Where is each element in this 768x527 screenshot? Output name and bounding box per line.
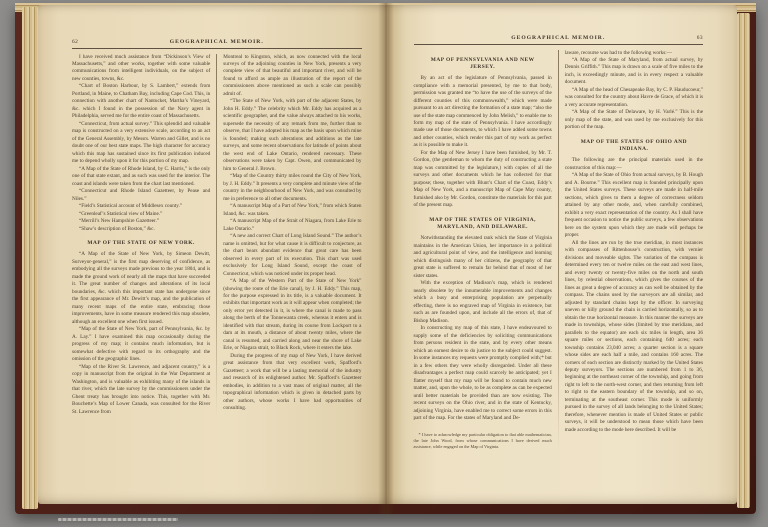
paragraph: “Field’s Statistical account of Middlese… [72, 203, 210, 210]
paragraph: During the progress of my map of New Yor… [223, 353, 361, 413]
paragraph: “Merrill’s New Hampshire Gazetteer.” [72, 218, 210, 225]
running-head-right: GEOGRAPHICAL MEMOIR. [428, 35, 690, 41]
paragraph: “A Map of the State of Ohio from actual … [565, 172, 703, 239]
paragraph: “Map of the State of New York, part of P… [72, 326, 210, 363]
running-head-left: GEOGRAPHICAL MEMOIR. [86, 39, 348, 45]
section-heading: MAP OF THE STATES OF VIRGINIA, MARYLAND,… [418, 217, 548, 232]
column-rule-right [558, 50, 559, 450]
paragraph: “A Map of the State of Rhode Island, by … [72, 166, 210, 188]
text-column-right-1: MAP OF PENNSYLVANIA AND NEW JERSEY.By an… [414, 50, 552, 450]
page-edges-left [22, 7, 38, 509]
paragraph: In constructing my map of this state, I … [414, 325, 552, 422]
page-number-right: 63 [689, 35, 703, 41]
page-number-left: 62 [72, 39, 86, 45]
paragraph: “Shaw’s description of Boston,” &c. [72, 226, 210, 233]
open-pages: 62 GEOGRAPHICAL MEMOIR. I have received … [38, 5, 737, 504]
paragraph: With the exception of Madison’s map, whi… [414, 280, 552, 325]
paragraph: Montreal to Kingston, which, as now conn… [223, 54, 361, 99]
scan-caption [58, 518, 178, 521]
text-column-right-2: laware, recourse was had to the followin… [565, 50, 703, 450]
footnote: * I have to acknowledge my particular ob… [414, 432, 552, 450]
page-right: GEOGRAPHICAL MEMOIR. 63 MAP OF PENNSYLVA… [388, 5, 738, 504]
paragraph: All the lines are run by the true meridi… [565, 240, 703, 435]
head-rule-left [72, 48, 362, 49]
paragraph: “A Map of the State of New York, by Sime… [72, 251, 210, 326]
book-cover: 62 GEOGRAPHICAL MEMOIR. I have received … [15, 3, 756, 514]
paragraph: “A manuscript Map of a Part of New York,… [223, 203, 361, 218]
paragraph: “A Map of the head of Chesapeake Bay, by… [565, 87, 703, 109]
running-head-row-right: GEOGRAPHICAL MEMOIR. 63 [414, 35, 704, 41]
page-left: 62 GEOGRAPHICAL MEMOIR. I have received … [38, 5, 388, 504]
running-head-row-left: 62 GEOGRAPHICAL MEMOIR. [72, 39, 362, 45]
paragraph: “Map of the Country thirty miles round t… [223, 173, 361, 203]
paragraph: “Connecticut and Rhode Island Gazetteer,… [72, 188, 210, 203]
paragraph: “A Map of the Western Part of the State … [223, 278, 361, 353]
paragraph: The following are the principal material… [565, 157, 703, 172]
paragraph: For the Map of New Jersey I have been fu… [414, 150, 552, 210]
paragraph: “A Map of the State of Maryland, from ac… [565, 57, 703, 87]
text-column-left-1: I have received much assistance from “Di… [72, 54, 210, 417]
paragraph: Notwithstanding the elevated rank which … [414, 235, 552, 280]
paragraph: “Chart of Boston Harbour, by S. Lambert,… [72, 83, 210, 120]
paragraph: I have received much assistance from “Di… [72, 54, 210, 84]
column-rule-left [216, 54, 217, 417]
section-heading: MAP OF THE STATE OF NEW YORK. [76, 240, 206, 247]
paragraph: “Connecticut, from actual survey.” This … [72, 121, 210, 166]
section-heading: MAP OF THE STATES OF OHIO AND INDIANA. [569, 139, 699, 154]
paragraph: “Map of the River St. Lawrence, and adja… [72, 364, 210, 416]
paragraph: “A Map of the State of Delaware, by H. V… [565, 109, 703, 131]
paragraph: By an act of the legislature of Pennsylv… [414, 75, 552, 150]
paragraph: “A manuscript Map of the Strait of Niaga… [223, 218, 361, 233]
paragraph: “The State of New York, with part of the… [223, 98, 361, 173]
page-edges-right [737, 13, 750, 508]
section-heading: MAP OF PENNSYLVANIA AND NEW JERSEY. [418, 57, 548, 72]
photo-background: 62 GEOGRAPHICAL MEMOIR. I have received … [0, 0, 768, 527]
paragraph: “A new and correct Chart of Long Island … [223, 233, 361, 278]
text-column-left-2: Montreal to Kingston, which, as now conn… [223, 54, 361, 417]
paragraph: laware, recourse was had to the followin… [565, 50, 703, 57]
head-rule-right [414, 44, 704, 45]
